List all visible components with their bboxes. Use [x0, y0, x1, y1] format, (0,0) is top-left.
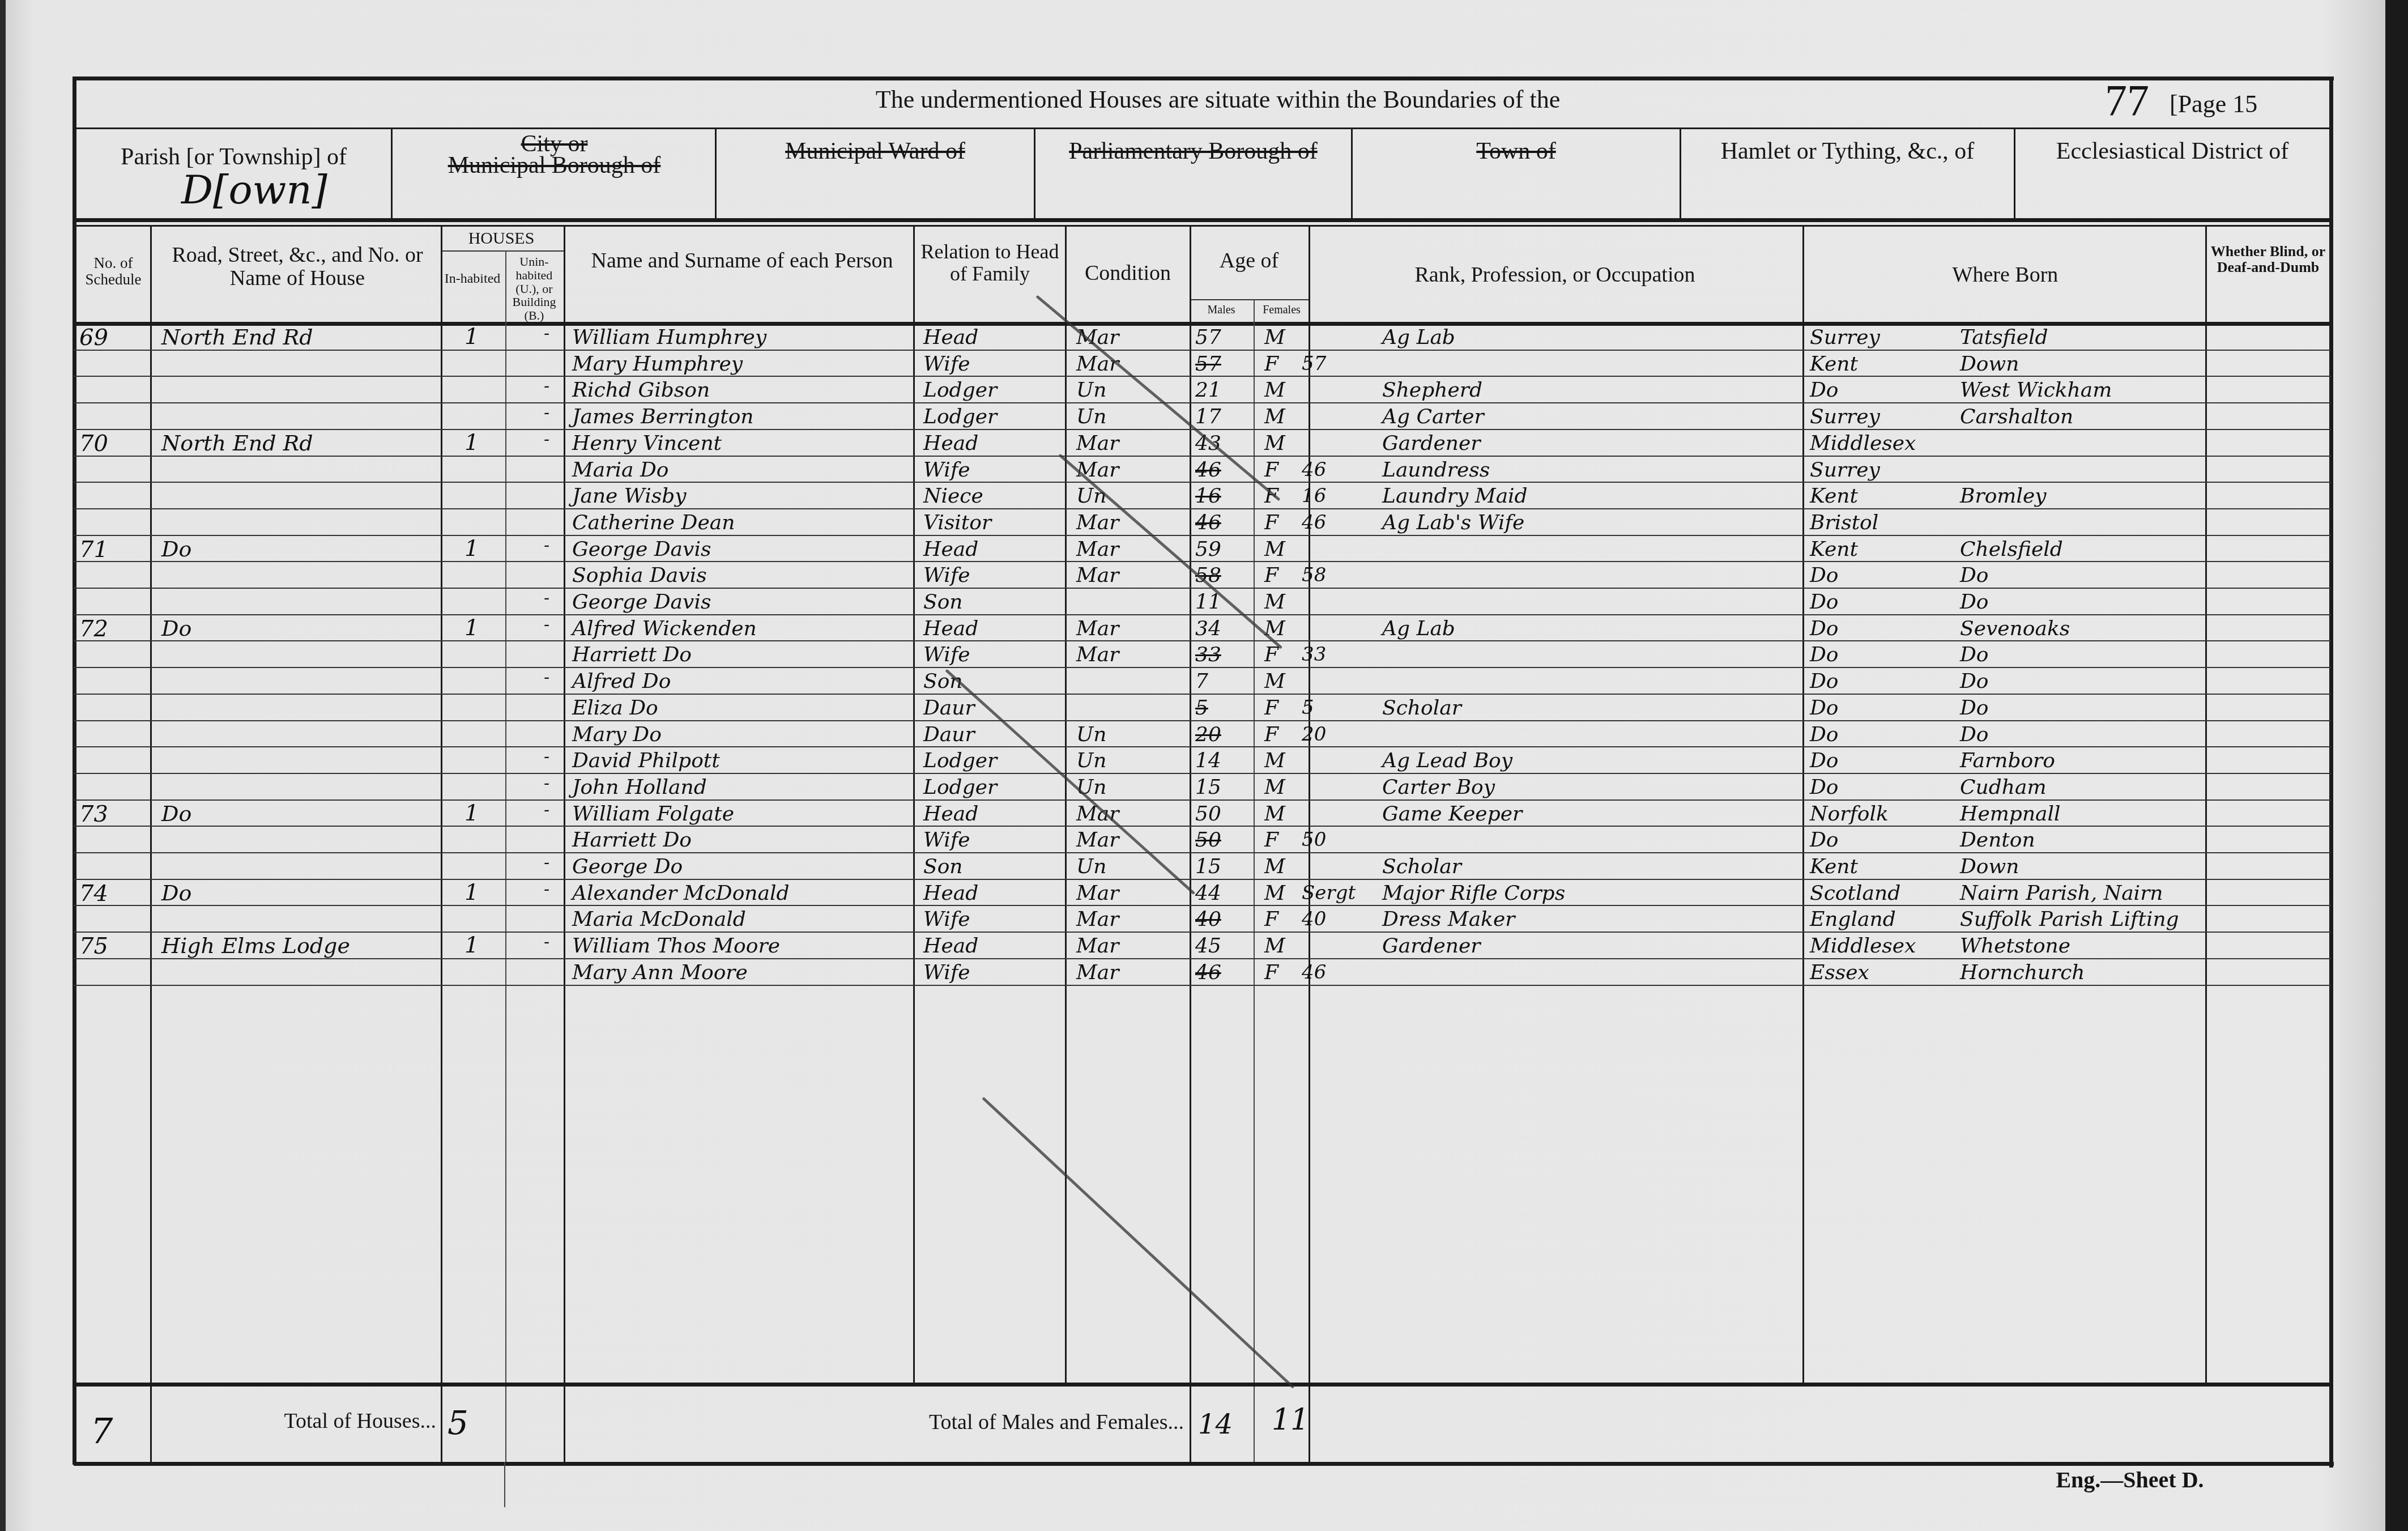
cell-road: Do [161, 538, 191, 560]
cell-inhabited: 1 [464, 881, 479, 904]
cell-name: Eliza Do [572, 698, 658, 718]
cell-relation: Head [923, 539, 978, 560]
cell-sex: F [1264, 354, 1278, 375]
cell-inhabited: 1 [464, 325, 479, 348]
cell-occupation: Ag Lead Boy [1382, 751, 1512, 771]
cell-male-age: 59 [1195, 539, 1221, 560]
cell-male-age: 21 [1195, 380, 1221, 401]
cell-condition: Mar [1076, 328, 1119, 348]
cell-road: Do [161, 618, 191, 639]
cell-occupation: Ag Lab [1382, 328, 1455, 348]
cell-male-age: 34 [1195, 619, 1221, 639]
cell-born-place: Denton [1960, 830, 2035, 850]
cell-born-county: Kent [1810, 857, 1858, 877]
cell-sex: F [1264, 698, 1278, 718]
cell-female-age: 46 [1302, 513, 1326, 532]
cell-relation: Daur [923, 725, 975, 745]
cell-schedule: 69 [79, 326, 108, 349]
cell-sex: M [1264, 407, 1285, 427]
cell-name: Catherine Dean [572, 513, 735, 533]
cell-male-age: 7 [1195, 671, 1208, 692]
col-blind: Whether Blind, or Deaf-and-Dumb [2209, 244, 2327, 275]
header-double-rule [74, 225, 2331, 227]
footer-sheet: Eng.—Sheet D. [2028, 1468, 2232, 1492]
col-houses: HOUSES [442, 229, 561, 248]
cell-road: Do [161, 882, 191, 904]
boundary-label: Municipal Borough of [394, 153, 715, 178]
cell-born-place: Sevenoaks [1960, 619, 2070, 639]
cell-born-county: Surrey [1810, 407, 1880, 427]
cell-sex: M [1264, 380, 1285, 401]
cell-sex: F [1264, 963, 1278, 983]
cell-mark: - [544, 325, 549, 342]
cell-relation: Lodger [923, 407, 997, 427]
cell-born-county: Do [1810, 592, 1839, 613]
cell-born-place: Cudham [1960, 777, 2047, 798]
cell-relation: Wife [923, 565, 970, 586]
cell-occupation: Carter Boy [1382, 777, 1495, 798]
col-schedule: No. of Schedule [76, 255, 150, 288]
cell-condition: Mar [1076, 433, 1119, 454]
col-occupation: Rank, Profession, or Occupation [1314, 263, 1796, 287]
cell-condition: Un [1076, 777, 1107, 798]
cell-relation: Son [923, 592, 963, 613]
cell-road: High Elms Lodge [161, 935, 350, 956]
cell-male-age: 57 [1195, 354, 1221, 375]
boundary-divider [391, 129, 393, 218]
cell-name: George Davis [572, 539, 711, 560]
cell-relation: Visitor [923, 513, 991, 533]
cell-born-place: Do [1960, 592, 1989, 613]
cell-occupation: Dress Maker [1382, 909, 1515, 930]
cell-sex: M [1264, 671, 1285, 692]
cell-mark: - [544, 431, 549, 448]
cell-occupation: Major Rifle Corps [1382, 883, 1565, 904]
cell-female-age: Sergt [1302, 883, 1356, 903]
cell-condition: Mar [1076, 936, 1119, 956]
cell-relation: Lodger [923, 751, 997, 771]
cell-female-age: 46 [1302, 460, 1326, 479]
cell-mark: - [544, 749, 549, 766]
cell-born-place: Farnboro [1960, 751, 2055, 771]
cell-male-age: 11 [1195, 592, 1221, 613]
cell-born-place: Hempnall [1960, 804, 2061, 824]
cell-male-age: 40 [1195, 909, 1221, 930]
title-line: The undermentioned Houses are situate wi… [765, 86, 1671, 113]
cell-occupation: Ag Lab's Wife [1382, 513, 1524, 533]
cell-born-county: England [1810, 909, 1896, 930]
cell-schedule: 74 [79, 882, 108, 905]
cell-female-age: 20 [1302, 725, 1326, 744]
cell-born-place: Chelsfield [1960, 539, 2063, 560]
total-females: 11 [1272, 1405, 1309, 1435]
cell-sex: M [1264, 328, 1285, 348]
cell-name: David Philpott [572, 751, 720, 771]
totals-top-rule [74, 1383, 2331, 1387]
stray-mark [504, 1462, 505, 1507]
total-houses-label: Total of Houses... [215, 1410, 436, 1433]
cell-sex: M [1264, 433, 1285, 454]
cell-mark: - [544, 802, 549, 819]
tally-stroke [982, 1097, 1294, 1389]
cell-occupation: Ag Carter [1382, 407, 1484, 427]
cell-condition: Mar [1076, 909, 1119, 930]
cell-name: Maria McDonald [572, 909, 746, 930]
cell-male-age: 15 [1195, 857, 1221, 877]
cell-born-county: Essex [1810, 963, 1869, 983]
cell-born-place: Down [1960, 354, 2019, 375]
cell-name: George Do [572, 857, 683, 877]
cell-born-county: Do [1810, 725, 1839, 745]
cell-road: North End Rd [161, 326, 313, 348]
cell-born-county: Norfolk [1810, 804, 1889, 824]
row-rule [74, 985, 2331, 986]
cell-born-place: Do [1960, 698, 1989, 718]
cell-relation: Head [923, 619, 978, 639]
cell-relation: Wife [923, 645, 970, 665]
col-females: Females [1255, 304, 1309, 317]
cell-inhabited: 1 [464, 934, 479, 956]
cell-mark: - [544, 537, 549, 554]
cell-sex: M [1264, 777, 1285, 798]
col-age: Age of [1190, 249, 1309, 273]
cell-condition: Mar [1076, 513, 1119, 533]
cell-sex: F [1264, 460, 1278, 480]
cell-born-county: Do [1810, 380, 1839, 401]
cell-born-county: Do [1810, 671, 1839, 692]
cell-condition: Mar [1076, 645, 1119, 665]
cell-male-age: 50 [1195, 804, 1221, 824]
cell-female-age: 33 [1302, 645, 1326, 664]
cell-name: Richd Gibson [572, 380, 710, 401]
cell-female-age: 50 [1302, 830, 1326, 849]
cell-male-age: 14 [1195, 751, 1221, 771]
total-persons-label: Total of Males and Females... [821, 1411, 1184, 1434]
cell-born-place: Tatsfield [1960, 328, 2048, 348]
cell-relation: Head [923, 433, 978, 454]
cell-name: George Davis [572, 592, 711, 613]
boundary-hamlet: Hamlet or Tything, &c., of [1681, 139, 2014, 164]
cell-road: North End Rd [161, 432, 313, 454]
cell-born-county: Do [1810, 619, 1839, 639]
cell-mark: - [544, 378, 549, 395]
boundary-ecclesiastical: Ecclesiastical District of [2015, 139, 2329, 164]
cell-mark: - [544, 616, 549, 633]
cell-born-county: Middlesex [1810, 936, 1916, 956]
col-relation: Relation to Head of Family [918, 241, 1062, 285]
cell-occupation: Laundress [1382, 460, 1490, 480]
cell-born-county: Bristol [1810, 513, 1878, 533]
cell-born-place: Do [1960, 725, 1989, 745]
cell-relation: Wife [923, 963, 970, 983]
cell-male-age: 17 [1195, 407, 1221, 427]
cell-name: Alfred Wickenden [572, 619, 757, 639]
cell-born-place: Down [1960, 857, 2019, 877]
cell-born-county: Kent [1810, 539, 1858, 560]
col-road: Road, Street, &c., and No. or Name of Ho… [159, 244, 436, 290]
cell-mark: - [544, 881, 549, 898]
cell-condition: Mar [1076, 565, 1119, 586]
cell-name: Alexander McDonald [572, 883, 790, 904]
col-where-born: Where Born [1807, 263, 2204, 287]
cell-name: Mary Ann Moore [572, 963, 748, 983]
houses-subrule [442, 250, 564, 252]
cell-condition: Mar [1076, 963, 1119, 983]
cell-male-age: 15 [1195, 777, 1221, 798]
cell-born-place: Do [1960, 565, 1989, 586]
cell-born-county: Do [1810, 830, 1839, 850]
cell-inhabited: 1 [464, 537, 479, 560]
cell-born-place: Suffolk Parish Lifting [1960, 909, 2179, 930]
cell-inhabited: 1 [464, 616, 479, 639]
cell-name: Maria Do [572, 460, 669, 480]
cell-occupation: Game Keeper [1382, 804, 1522, 824]
cell-name: Harriett Do [572, 830, 692, 850]
cell-born-county: Middlesex [1810, 433, 1916, 454]
cell-male-age: 33 [1195, 645, 1221, 665]
cell-condition: Mar [1076, 539, 1119, 560]
cell-relation: Head [923, 936, 978, 956]
boundary-value-parish: D[own] [181, 170, 327, 210]
cell-schedule: 71 [79, 538, 108, 561]
cell-occupation: Gardener [1382, 433, 1480, 454]
total-males: 14 [1198, 1411, 1233, 1438]
cell-name: William Humphrey [572, 328, 766, 348]
cell-sex: F [1264, 725, 1278, 745]
frame-top-rule [74, 76, 2334, 80]
cell-occupation: Scholar [1382, 698, 1461, 718]
cell-relation: Niece [923, 486, 983, 507]
cell-born-place: Hornchurch [1960, 963, 2085, 983]
cell-relation: Head [923, 328, 978, 348]
cell-sex: F [1264, 909, 1278, 930]
cell-occupation: Scholar [1382, 857, 1461, 877]
cell-condition: Un [1076, 725, 1107, 745]
cell-sex: F [1264, 645, 1278, 665]
cell-name: Alfred Do [572, 671, 671, 692]
cell-born-county: Do [1810, 751, 1839, 771]
cell-male-age: 45 [1195, 936, 1221, 956]
cell-relation: Lodger [923, 777, 997, 798]
scan-edge-left [0, 0, 6, 1531]
cell-born-place: Do [1960, 645, 1989, 665]
cell-mark: - [544, 590, 549, 607]
cell-born-county: Do [1810, 777, 1839, 798]
cell-female-age: 58 [1302, 565, 1326, 585]
cell-born-county: Kent [1810, 354, 1858, 375]
cell-relation: Head [923, 804, 978, 824]
cell-condition: Mar [1076, 883, 1119, 904]
cell-sex: M [1264, 592, 1285, 613]
cell-condition: Un [1076, 407, 1107, 427]
cell-name: Sophia Davis [572, 565, 707, 586]
cell-born-place: West Wickham [1960, 380, 2112, 401]
cell-occupation: Gardener [1382, 936, 1480, 956]
col-males: Males [1190, 304, 1253, 317]
cell-female-age: 5 [1302, 698, 1314, 717]
cell-relation: Lodger [923, 380, 997, 401]
cell-female-age: 16 [1302, 486, 1326, 505]
cell-name: Mary Do [572, 725, 662, 745]
cell-male-age: 46 [1195, 513, 1221, 533]
cell-sex: M [1264, 883, 1285, 904]
header-double-rule [74, 218, 2331, 222]
cell-male-age: 46 [1195, 963, 1221, 983]
cell-sex: M [1264, 751, 1285, 771]
cell-occupation: Laundry Maid [1382, 486, 1528, 507]
cell-condition: Mar [1076, 830, 1119, 850]
cell-mark: - [544, 669, 549, 686]
cell-relation: Wife [923, 909, 970, 930]
cell-relation: Head [923, 883, 978, 904]
cell-male-age: 44 [1195, 883, 1221, 904]
cell-relation: Daur [923, 698, 975, 718]
cell-relation: Wife [923, 354, 970, 375]
cell-condition: Un [1076, 857, 1107, 877]
boundary-top-rule [74, 127, 2331, 129]
cell-name: Mary Humphrey [572, 354, 743, 375]
cell-sex: M [1264, 936, 1285, 956]
cell-female-age: 57 [1302, 354, 1326, 373]
cell-inhabited: 1 [464, 802, 479, 824]
cell-condition: Un [1076, 751, 1107, 771]
cell-born-county: Scotland [1810, 883, 1900, 904]
cell-condition: Mar [1076, 619, 1119, 639]
cell-name: Harriett Do [572, 645, 692, 665]
cell-sex: F [1264, 830, 1278, 850]
cell-inhabited: 1 [464, 431, 479, 454]
cell-male-age: 20 [1195, 725, 1221, 745]
cell-born-place: Whetstone [1960, 936, 2070, 956]
census-page: The undermentioned Houses are situate wi… [0, 0, 2408, 1531]
scan-edge-right [2385, 0, 2408, 1531]
cell-sex: M [1264, 539, 1285, 560]
cell-occupation: Shepherd [1382, 380, 1482, 401]
cell-born-place: Bromley [1960, 486, 2047, 507]
cell-male-age: 43 [1195, 433, 1221, 454]
cell-name: James Berrington [572, 407, 754, 427]
cell-male-age: 50 [1195, 830, 1221, 850]
total-houses-value: 5 [447, 1406, 468, 1439]
cell-road: Do [161, 803, 191, 824]
cell-male-age: 16 [1195, 486, 1221, 507]
cell-mark: - [544, 405, 549, 422]
age-subrule [1190, 299, 1309, 300]
cell-sex: M [1264, 804, 1285, 824]
cell-born-place: Nairn Parish, Nairn [1960, 883, 2163, 904]
frame-bottom-rule [74, 1462, 2334, 1466]
cell-male-age: 57 [1195, 328, 1221, 348]
col-uninhabited: Unin-habited (U.), or Building (B.) [505, 255, 563, 322]
cell-schedule: 75 [79, 935, 108, 958]
cell-name: John Holland [572, 777, 707, 798]
cell-schedule: 72 [79, 618, 108, 640]
cell-relation: Wife [923, 830, 970, 850]
cell-born-place: Carshalton [1960, 407, 2073, 427]
cell-condition: Un [1076, 380, 1107, 401]
total-schedules: 7 [91, 1414, 113, 1449]
cell-sex: M [1264, 857, 1285, 877]
col-condition: Condition [1068, 262, 1188, 285]
boundary-municipal-ward: Municipal Ward of [717, 139, 1034, 164]
cell-born-county: Do [1810, 565, 1839, 586]
cell-born-county: Surrey [1810, 460, 1880, 480]
cell-schedule: 70 [79, 432, 108, 455]
col-inhabited: In-habited [442, 272, 503, 287]
cell-name: Jane Wisby [572, 486, 687, 507]
cell-sex: F [1264, 513, 1278, 533]
cell-born-county: Do [1810, 698, 1839, 718]
cell-born-county: Do [1810, 645, 1839, 665]
cell-mark: - [544, 854, 549, 871]
page-label: [Page 15 [2170, 91, 2283, 118]
cell-born-county: Surrey [1810, 328, 1880, 348]
cell-male-age: 46 [1195, 460, 1221, 480]
cell-name: William Thos Moore [572, 936, 780, 956]
cell-name: William Folgate [572, 804, 734, 824]
folio-number: 77 [2096, 76, 2158, 124]
cell-born-county: Kent [1810, 486, 1858, 507]
cell-mark: - [544, 775, 549, 792]
cell-name: Henry Vincent [572, 433, 722, 454]
cell-female-age: 40 [1302, 909, 1326, 929]
cell-condition: Mar [1076, 354, 1119, 375]
cell-occupation: Ag Lab [1382, 619, 1455, 639]
boundary-parliamentary-borough: Parliamentary Borough of [1035, 139, 1351, 164]
cell-relation: Son [923, 857, 963, 877]
cell-condition: Un [1076, 486, 1107, 507]
cell-schedule: 73 [79, 803, 108, 826]
cell-female-age: 46 [1302, 963, 1326, 982]
cell-male-age: 5 [1195, 698, 1208, 718]
cell-relation: Wife [923, 460, 970, 480]
cell-born-place: Do [1960, 671, 1989, 692]
col-name: Name and Surname of each Person [572, 249, 912, 273]
cell-sex: F [1264, 565, 1278, 586]
cell-mark: - [544, 934, 549, 951]
boundary-town: Town of [1353, 139, 1680, 164]
